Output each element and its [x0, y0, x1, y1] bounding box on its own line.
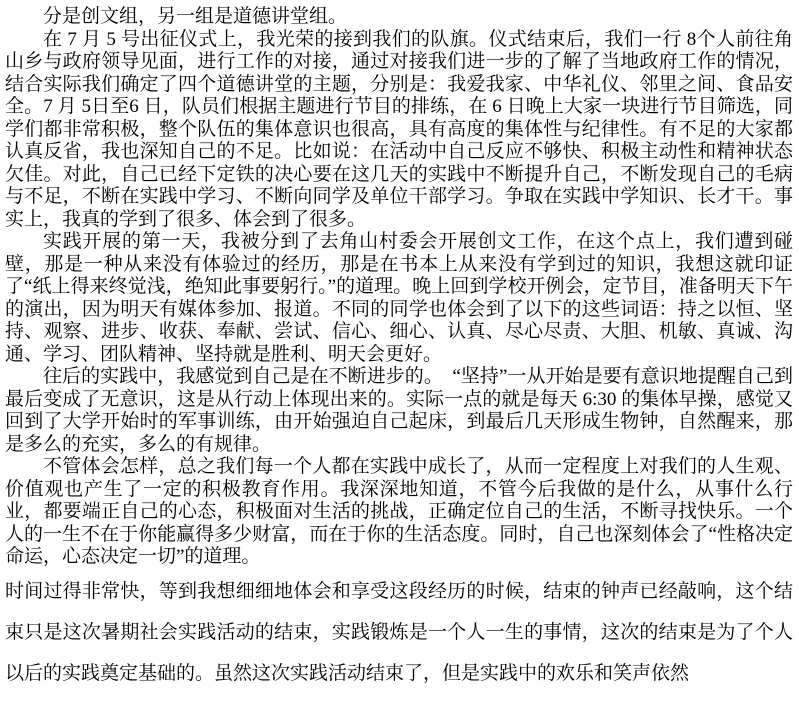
paragraph-closing: 时间过得非常快，等到我想细细地体会和享受这段经历的时候，结束的钟声已经敲响，这个… — [5, 571, 793, 694]
document-page: 分是创文组，另一组是道德讲堂组。 在 7 月 5 号出征仪式上，我光荣的接到我们… — [0, 0, 799, 706]
paragraph-progress: 往后的实践中，我感觉到自己是在不断进步的。 “坚持”一从开始是要有意识地提醒自己… — [5, 366, 793, 456]
paragraph-continuation: 分是创文组，另一组是道德讲堂组。 — [5, 6, 793, 29]
paragraph-first-day: 实践开展的第一天，我被分到了去角山村委会开展创文工作，在这个点上，我们遭到碰壁，… — [5, 231, 793, 366]
paragraph-growth: 不管体会怎样，总之我们每一个人都在实践中成长了，从而一定程度上对我们的人生观、价… — [5, 456, 793, 569]
paragraph-ceremony: 在 7 月 5 号出征仪式上，我光荣的接到我们的队旗。仪式结束后，我们一行 8个… — [5, 29, 793, 232]
